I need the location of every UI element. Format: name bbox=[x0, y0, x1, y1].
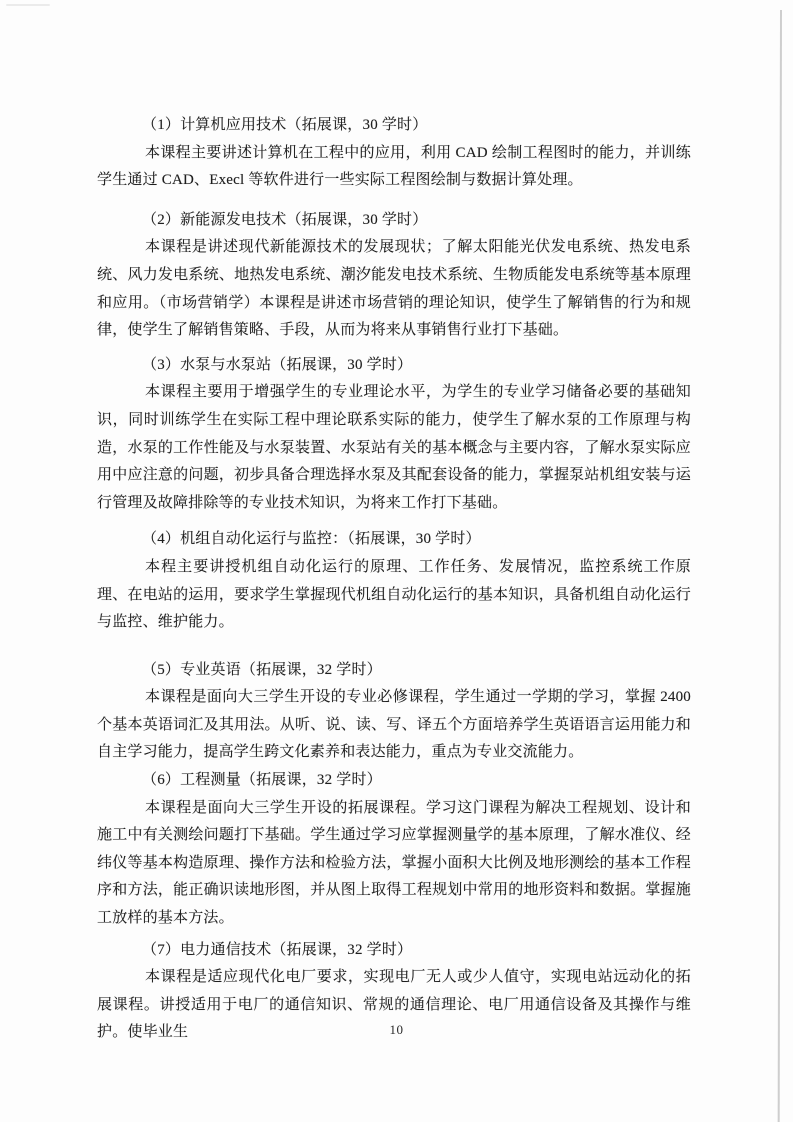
course-description: 本课程是讲述现代新能源技术的发展现状；了解太阳能光伏发电系统、热发电系统、风力发… bbox=[97, 234, 691, 344]
course-section: （1）计算机应用技术（拓展课，30 学时） 本课程主要讲述计算机在工程中的应用，… bbox=[97, 112, 691, 195]
scan-edge-line-artifact bbox=[778, 10, 782, 1122]
course-section: （5）专业英语（拓展课，32 学时） 本课程是面向大三学生开设的专业必修课程，学… bbox=[97, 657, 691, 767]
course-description: 本程主要讲授机组自动化运行的原理、工作任务、发展情况，监控系统工作原理、在电站的… bbox=[97, 554, 691, 637]
page-number: 10 bbox=[0, 1022, 793, 1038]
course-heading: （2）新能源发电技术（拓展课，30 学时） bbox=[142, 207, 691, 235]
document-page: （1）计算机应用技术（拓展课，30 学时） 本课程主要讲述计算机在工程中的应用，… bbox=[0, 0, 793, 1122]
course-description: 本课程是面向大三学生开设的专业必修课程，学生通过一学期的学习，掌握 2400 个… bbox=[97, 684, 691, 767]
course-section: （2）新能源发电技术（拓展课，30 学时） 本课程是讲述现代新能源技术的发展现状… bbox=[97, 207, 691, 345]
course-heading: （1）计算机应用技术（拓展课，30 学时） bbox=[142, 112, 691, 140]
text-block: （1）计算机应用技术（拓展课，30 学时） 本课程主要讲述计算机在工程中的应用，… bbox=[97, 112, 691, 1047]
course-heading: （5）专业英语（拓展课，32 学时） bbox=[142, 657, 691, 685]
course-heading: （4）机组自动化运行与监控：（拓展课，30 学时） bbox=[142, 526, 691, 554]
course-description: 本课程主要讲述计算机在工程中的应用，利用 CAD 绘制工程图时的能力，并训练学生… bbox=[97, 140, 691, 195]
course-description: 本课程主要用于增强学生的专业理论水平，为学生的专业学习储备必要的基础知识，同时训… bbox=[97, 379, 691, 517]
course-heading: （3）水泵与水泵站（拓展课，30 学时） bbox=[142, 352, 691, 380]
scan-smudge-artifact bbox=[6, 4, 50, 6]
course-section: （3）水泵与水泵站（拓展课，30 学时） 本课程主要用于增强学生的专业理论水平，… bbox=[97, 352, 691, 518]
course-section: （6）工程测量（拓展课，32 学时） 本课程是面向大三学生开设的拓展课程。学习这… bbox=[97, 767, 691, 933]
course-section: （4）机组自动化运行与监控：（拓展课，30 学时） 本程主要讲授机组自动化运行的… bbox=[97, 526, 691, 636]
course-heading: （7）电力通信技术（拓展课，32 学时） bbox=[142, 937, 691, 965]
course-description: 本课程是面向大三学生开设的拓展课程。学习这门课程为解决工程规划、设计和施工中有关… bbox=[97, 795, 691, 933]
course-heading: （6）工程测量（拓展课，32 学时） bbox=[142, 767, 691, 795]
